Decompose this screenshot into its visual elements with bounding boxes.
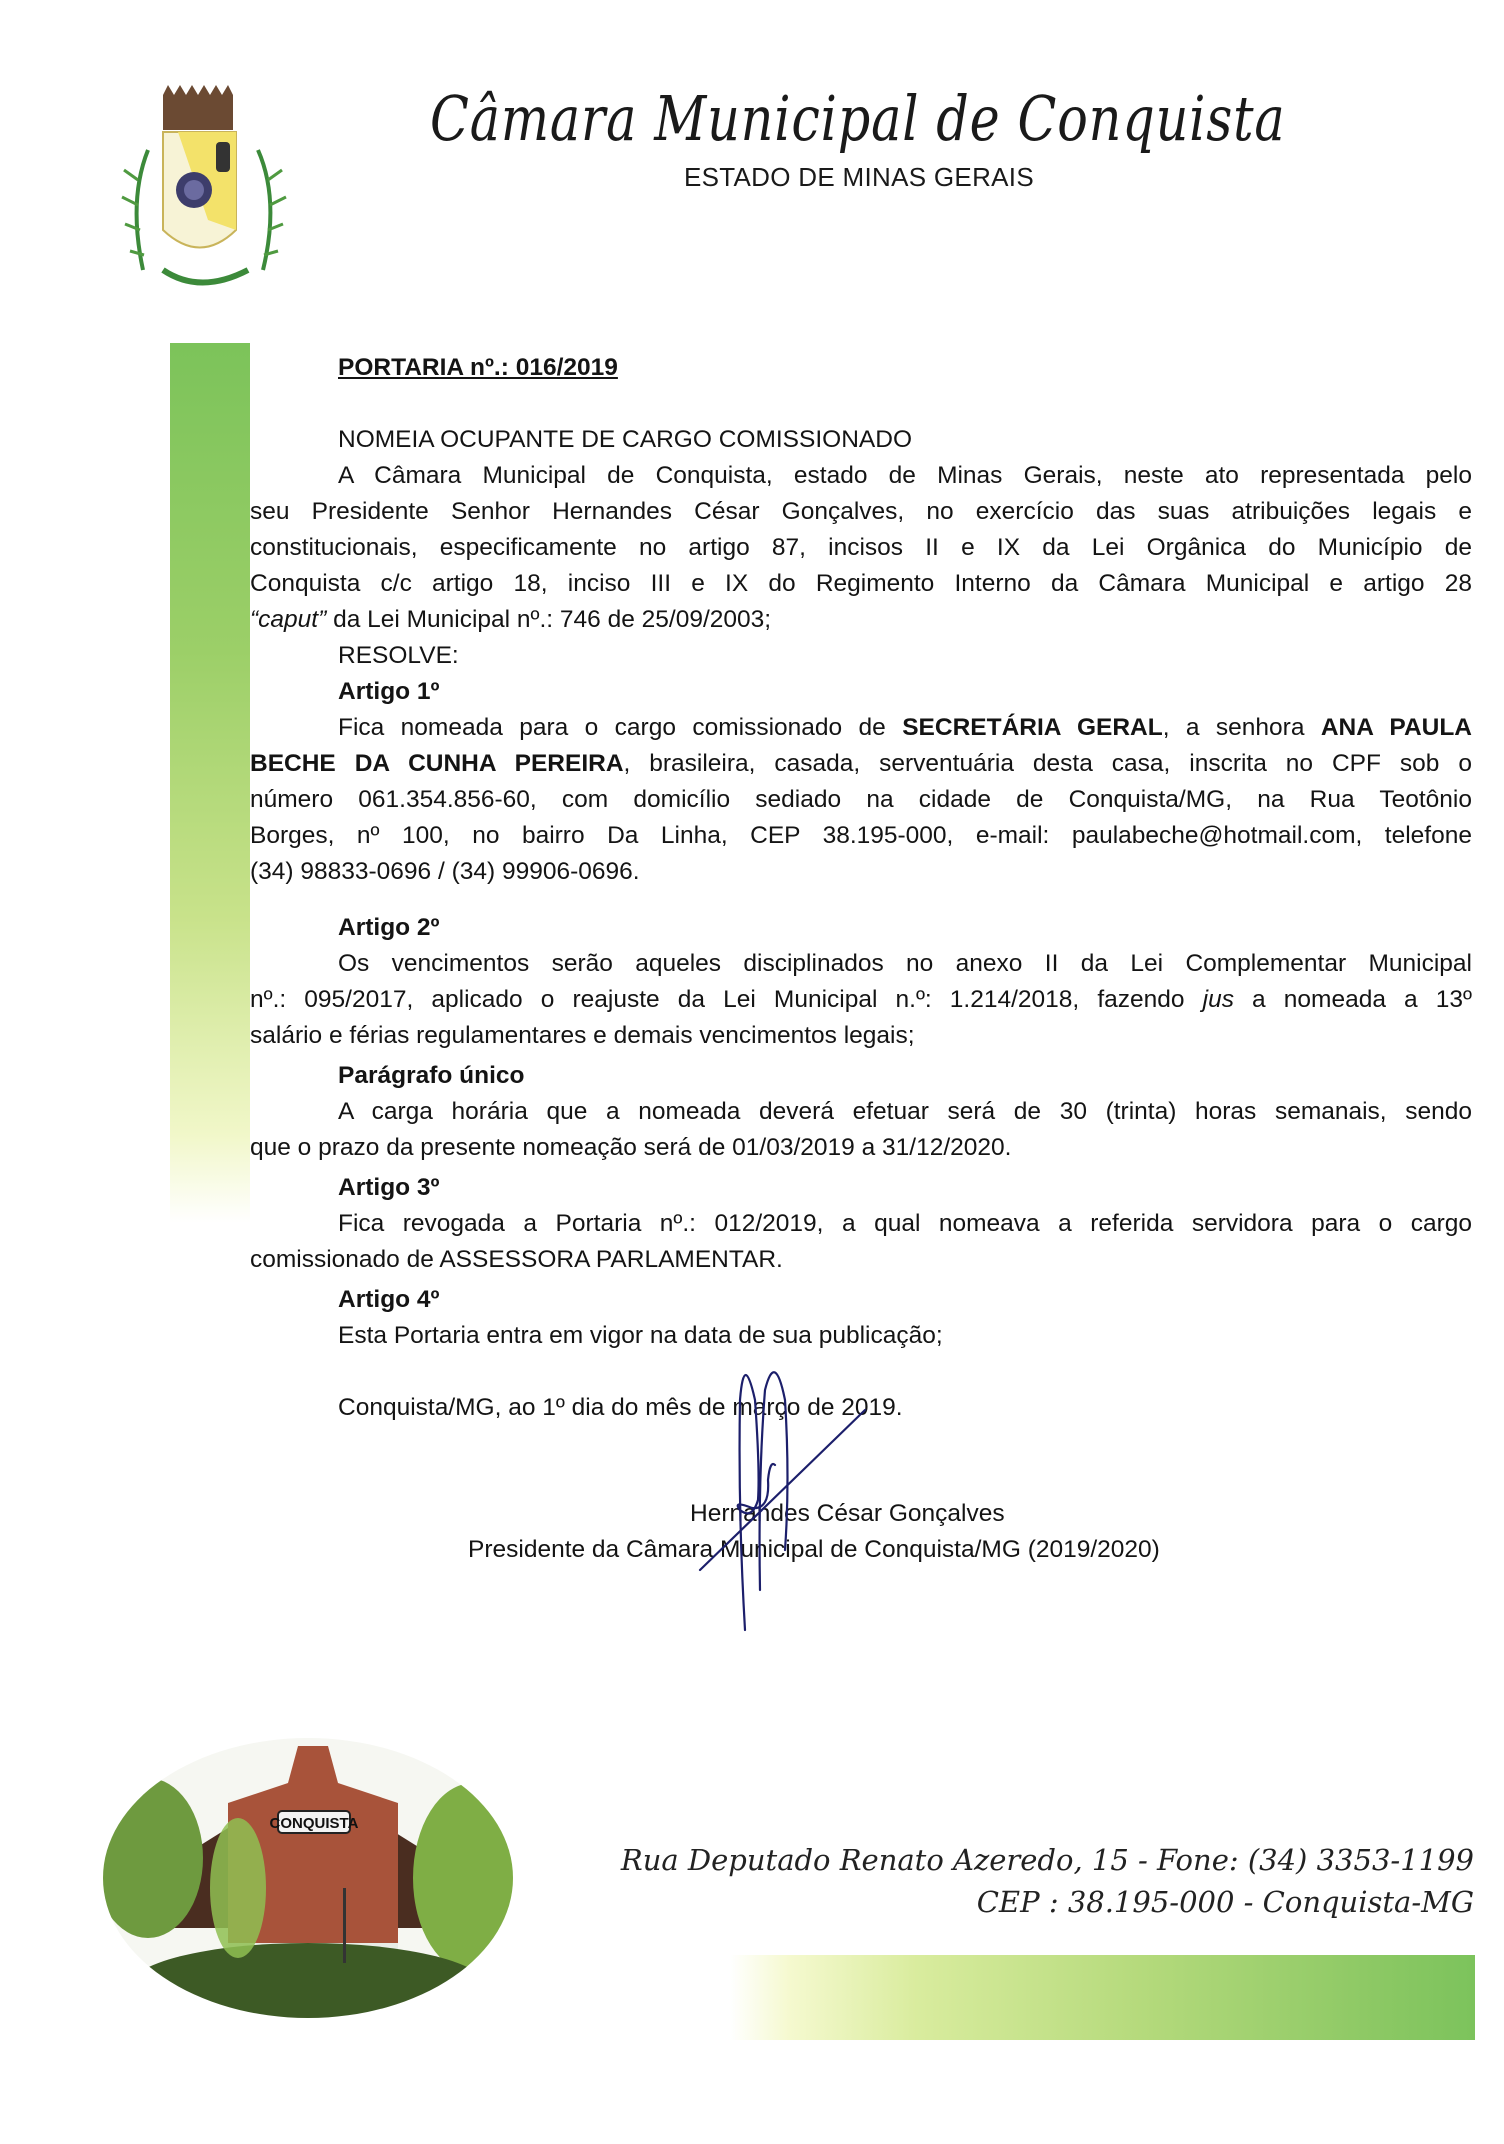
document-heading: NOMEIA OCUPANTE DE CARGO COMISSIONADO <box>338 422 912 458</box>
footer-address-line-1: Rua Deputado Renato Azeredo, 15 - Fone: … <box>621 1843 1474 1877</box>
article-1-line-3: número 061.354.856-60, com domicílio sed… <box>250 782 1472 818</box>
appointee-name-part-1: ANA PAULA <box>1321 714 1472 741</box>
preamble-line-5: “caput” da Lei Municipal nº.: 746 de 25/… <box>250 602 771 638</box>
article-2-line-3: salário e férias regulamentares e demais… <box>250 1018 915 1054</box>
caput-term: “caput” <box>250 606 326 633</box>
signature-icon <box>640 1360 1040 1650</box>
decorative-green-bar <box>730 1955 1475 2040</box>
paragraph-unique-line-2: que o prazo da presente nomeação será de… <box>250 1130 1011 1166</box>
preamble-line-3: constitucionais, especificamente no arti… <box>250 530 1472 566</box>
article-3-line-1: Fica revogada a Portaria nº.: 012/2019, … <box>338 1206 1472 1242</box>
decorative-green-band <box>170 343 250 1223</box>
article-1-line-2: BECHE DA CUNHA PEREIRA, brasileira, casa… <box>250 746 1472 782</box>
institution-subtitle: ESTADO DE MINAS GERAIS <box>684 162 1034 193</box>
station-sign: CONQUISTA <box>270 1815 359 1832</box>
paragraph-unique-title: Parágrafo único <box>338 1058 525 1094</box>
preamble-line-2: seu Presidente Senhor Hernandes César Go… <box>250 494 1472 530</box>
article-1-title: Artigo 1º <box>338 674 440 710</box>
article-1-line-4: Borges, nº 100, no bairro Da Linha, CEP … <box>250 818 1472 854</box>
institution-title: Câmara Municipal de Conquista <box>430 82 1168 155</box>
preamble-line-1: A Câmara Municipal de Conquista, estado … <box>338 458 1472 494</box>
article-2-title: Artigo 2º <box>338 910 440 946</box>
jus-term: jus <box>1203 986 1234 1013</box>
article-4-title: Artigo 4º <box>338 1282 440 1318</box>
paragraph-unique-line-1: A carga horária que a nomeada deverá efe… <box>338 1094 1472 1130</box>
appointee-name-part-2: BECHE DA CUNHA PEREIRA <box>250 750 624 777</box>
article-3-line-2: comissionado de ASSESSORA PARLAMENTAR. <box>250 1242 783 1278</box>
portaria-number: PORTARIA nº.: 016/2019 <box>338 350 618 386</box>
footer-address-line-2: CEP : 38.195-000 - Conquista-MG <box>977 1885 1474 1919</box>
municipal-coat-of-arms-icon <box>108 80 308 305</box>
role-name: SECRETÁRIA GERAL <box>902 714 1163 741</box>
article-2-line-2: nº.: 095/2017, aplicado o reajuste da Le… <box>250 982 1472 1018</box>
article-1-line-5: (34) 98833-0696 / (34) 99906-0696. <box>250 854 640 890</box>
railway-station-photo-icon: CONQUISTA <box>88 1728 528 2028</box>
article-4-line-1: Esta Portaria entra em vigor na data de … <box>338 1318 943 1354</box>
article-3-title: Artigo 3º <box>338 1170 440 1206</box>
resolve-label: RESOLVE: <box>338 638 459 674</box>
article-2-line-1: Os vencimentos serão aqueles disciplinad… <box>338 946 1472 982</box>
preamble-line-4: Conquista c/c artigo 18, inciso III e IX… <box>250 566 1472 602</box>
article-1-line-1: Fica nomeada para o cargo comissionado d… <box>338 710 1472 746</box>
